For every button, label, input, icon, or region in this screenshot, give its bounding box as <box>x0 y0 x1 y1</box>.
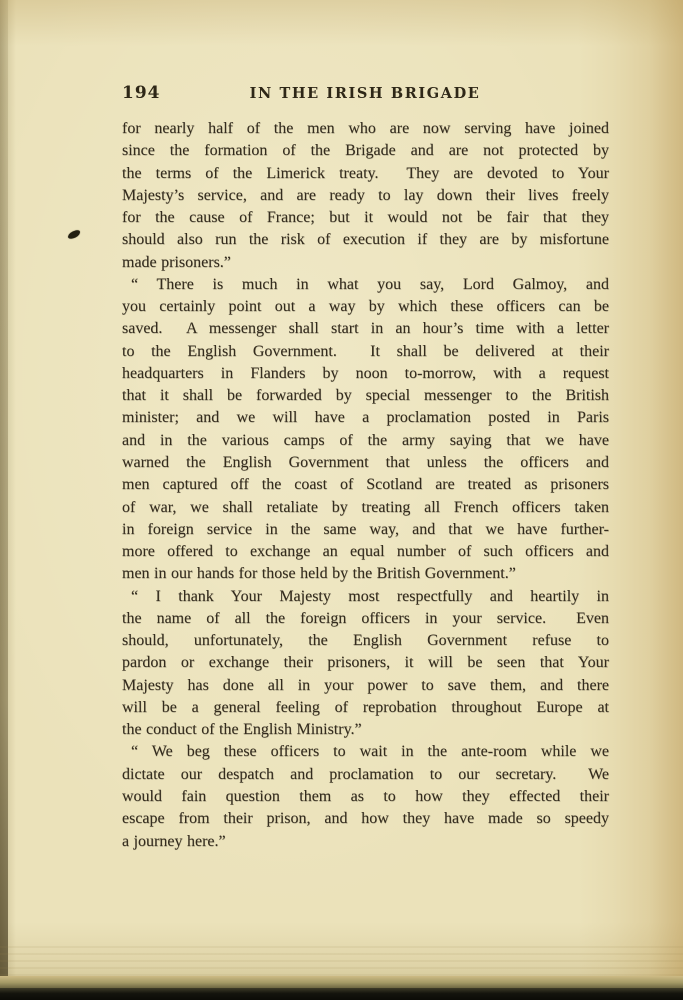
text-line: men in our hands for those held by the B… <box>122 563 609 585</box>
text-line: “ I thank Your Majesty most respectfully… <box>122 586 609 608</box>
text-line: “ We beg these officers to wait in the a… <box>122 741 609 763</box>
text-line: pardon or exchange their prisoners, it w… <box>122 652 609 674</box>
text-line: the conduct of the English Ministry.” <box>122 719 609 741</box>
text-line: made prisoners.” <box>122 252 609 274</box>
text-line: you certainly point out a way by which t… <box>122 296 609 318</box>
text-line: for nearly half of the men who are now s… <box>122 118 609 140</box>
page-bottom-edge-black <box>0 988 683 1000</box>
paragraph: “ We beg these officers to wait in the a… <box>122 741 609 852</box>
text-line: dictate our despatch and proclamation to… <box>122 764 609 786</box>
paragraph: for nearly half of the men who are now s… <box>122 118 609 274</box>
text-line: men captured off the coast of Scotland a… <box>122 474 609 496</box>
text-line: warned the English Government that unles… <box>122 452 609 474</box>
text-line: of war, we shall retaliate by treating a… <box>122 497 609 519</box>
page-number: 194 <box>122 83 161 103</box>
text-line: saved. A messenger shall start in an hou… <box>122 318 609 340</box>
text-line: minister; and we will have a proclamatio… <box>122 407 609 429</box>
text-line: the terms of the Limerick treaty. They a… <box>122 163 609 185</box>
text-line: and in the various camps of the army say… <box>122 430 609 452</box>
text-line: in foreign service in the same way, and … <box>122 519 609 541</box>
page-header: 194 IN THE IRISH BRIGADE <box>122 83 608 105</box>
page-bottom-edge-olive <box>0 976 683 988</box>
book-page-scan: 194 IN THE IRISH BRIGADE for nearly half… <box>0 0 683 1000</box>
text-line: should, unfortunately, the English Gover… <box>122 630 609 652</box>
text-line: Majesty has done all in your power to sa… <box>122 675 609 697</box>
text-line: for the cause of France; but it would no… <box>122 207 609 229</box>
text-line: escape from their prison, and how they h… <box>122 808 609 830</box>
text-line: more offered to exchange an equal number… <box>122 541 609 563</box>
text-line: would fain question them as to how they … <box>122 786 609 808</box>
text-line: that it shall be forwarded by special me… <box>122 385 609 407</box>
text-line: to the English Government. It shall be d… <box>122 341 609 363</box>
text-line: a journey here.” <box>122 831 609 853</box>
text-line: headquarters in Flanders by noon to-morr… <box>122 363 609 385</box>
text-line: “ There is much in what you say, Lord Ga… <box>122 274 609 296</box>
text-line: should also run the risk of execution if… <box>122 229 609 251</box>
paragraph: “ There is much in what you say, Lord Ga… <box>122 274 609 586</box>
paragraph: “ I thank Your Majesty most respectfully… <box>122 586 609 742</box>
running-title: IN THE IRISH BRIGADE <box>122 83 608 102</box>
page-body: for nearly half of the men who are now s… <box>122 118 609 853</box>
text-line: Majesty’s service, and are ready to lay … <box>122 185 609 207</box>
text-line: the name of all the foreign officers in … <box>122 608 609 630</box>
text-line: will be a general feeling of reprobation… <box>122 697 609 719</box>
text-line: since the formation of the Brigade and a… <box>122 140 609 162</box>
